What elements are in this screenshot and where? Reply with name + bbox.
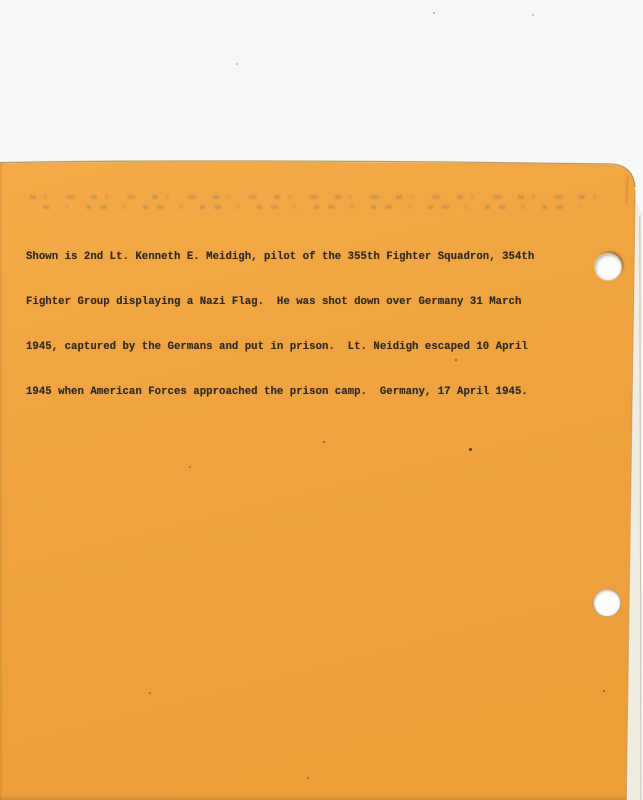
paper-speck — [455, 359, 457, 361]
ink-ghost-line — [34, 205, 580, 209]
backing-speck — [433, 12, 435, 14]
paper-speck — [469, 448, 472, 451]
scan-page: Shown is 2nd Lt. Kenneth E. Meidigh, pil… — [0, 0, 643, 800]
paper-speck — [603, 690, 605, 692]
paper-speck — [189, 466, 191, 468]
paper-left-shade — [0, 163, 3, 800]
paper-speck — [323, 441, 325, 443]
backing-speck — [236, 63, 238, 65]
paper-speck — [149, 692, 151, 694]
caption-line: Fighter Group displaying a Nazi Flag. He… — [26, 295, 534, 310]
caption-line: 1945 when American Forces approached the… — [26, 385, 534, 400]
hole-punch-bottom — [593, 589, 621, 617]
caption-line: 1945, captured by the Germans and put in… — [26, 340, 534, 355]
caption-line: Shown is 2nd Lt. Kenneth E. Meidigh, pil… — [26, 250, 534, 265]
paper-speck — [307, 777, 309, 779]
paper-bottom-shade — [0, 795, 627, 800]
ink-ghost-line — [30, 195, 604, 199]
hole-punch-top — [594, 253, 622, 281]
typed-caption: Shown is 2nd Lt. Kenneth E. Meidigh, pil… — [26, 220, 534, 430]
backing-speck — [532, 14, 534, 16]
